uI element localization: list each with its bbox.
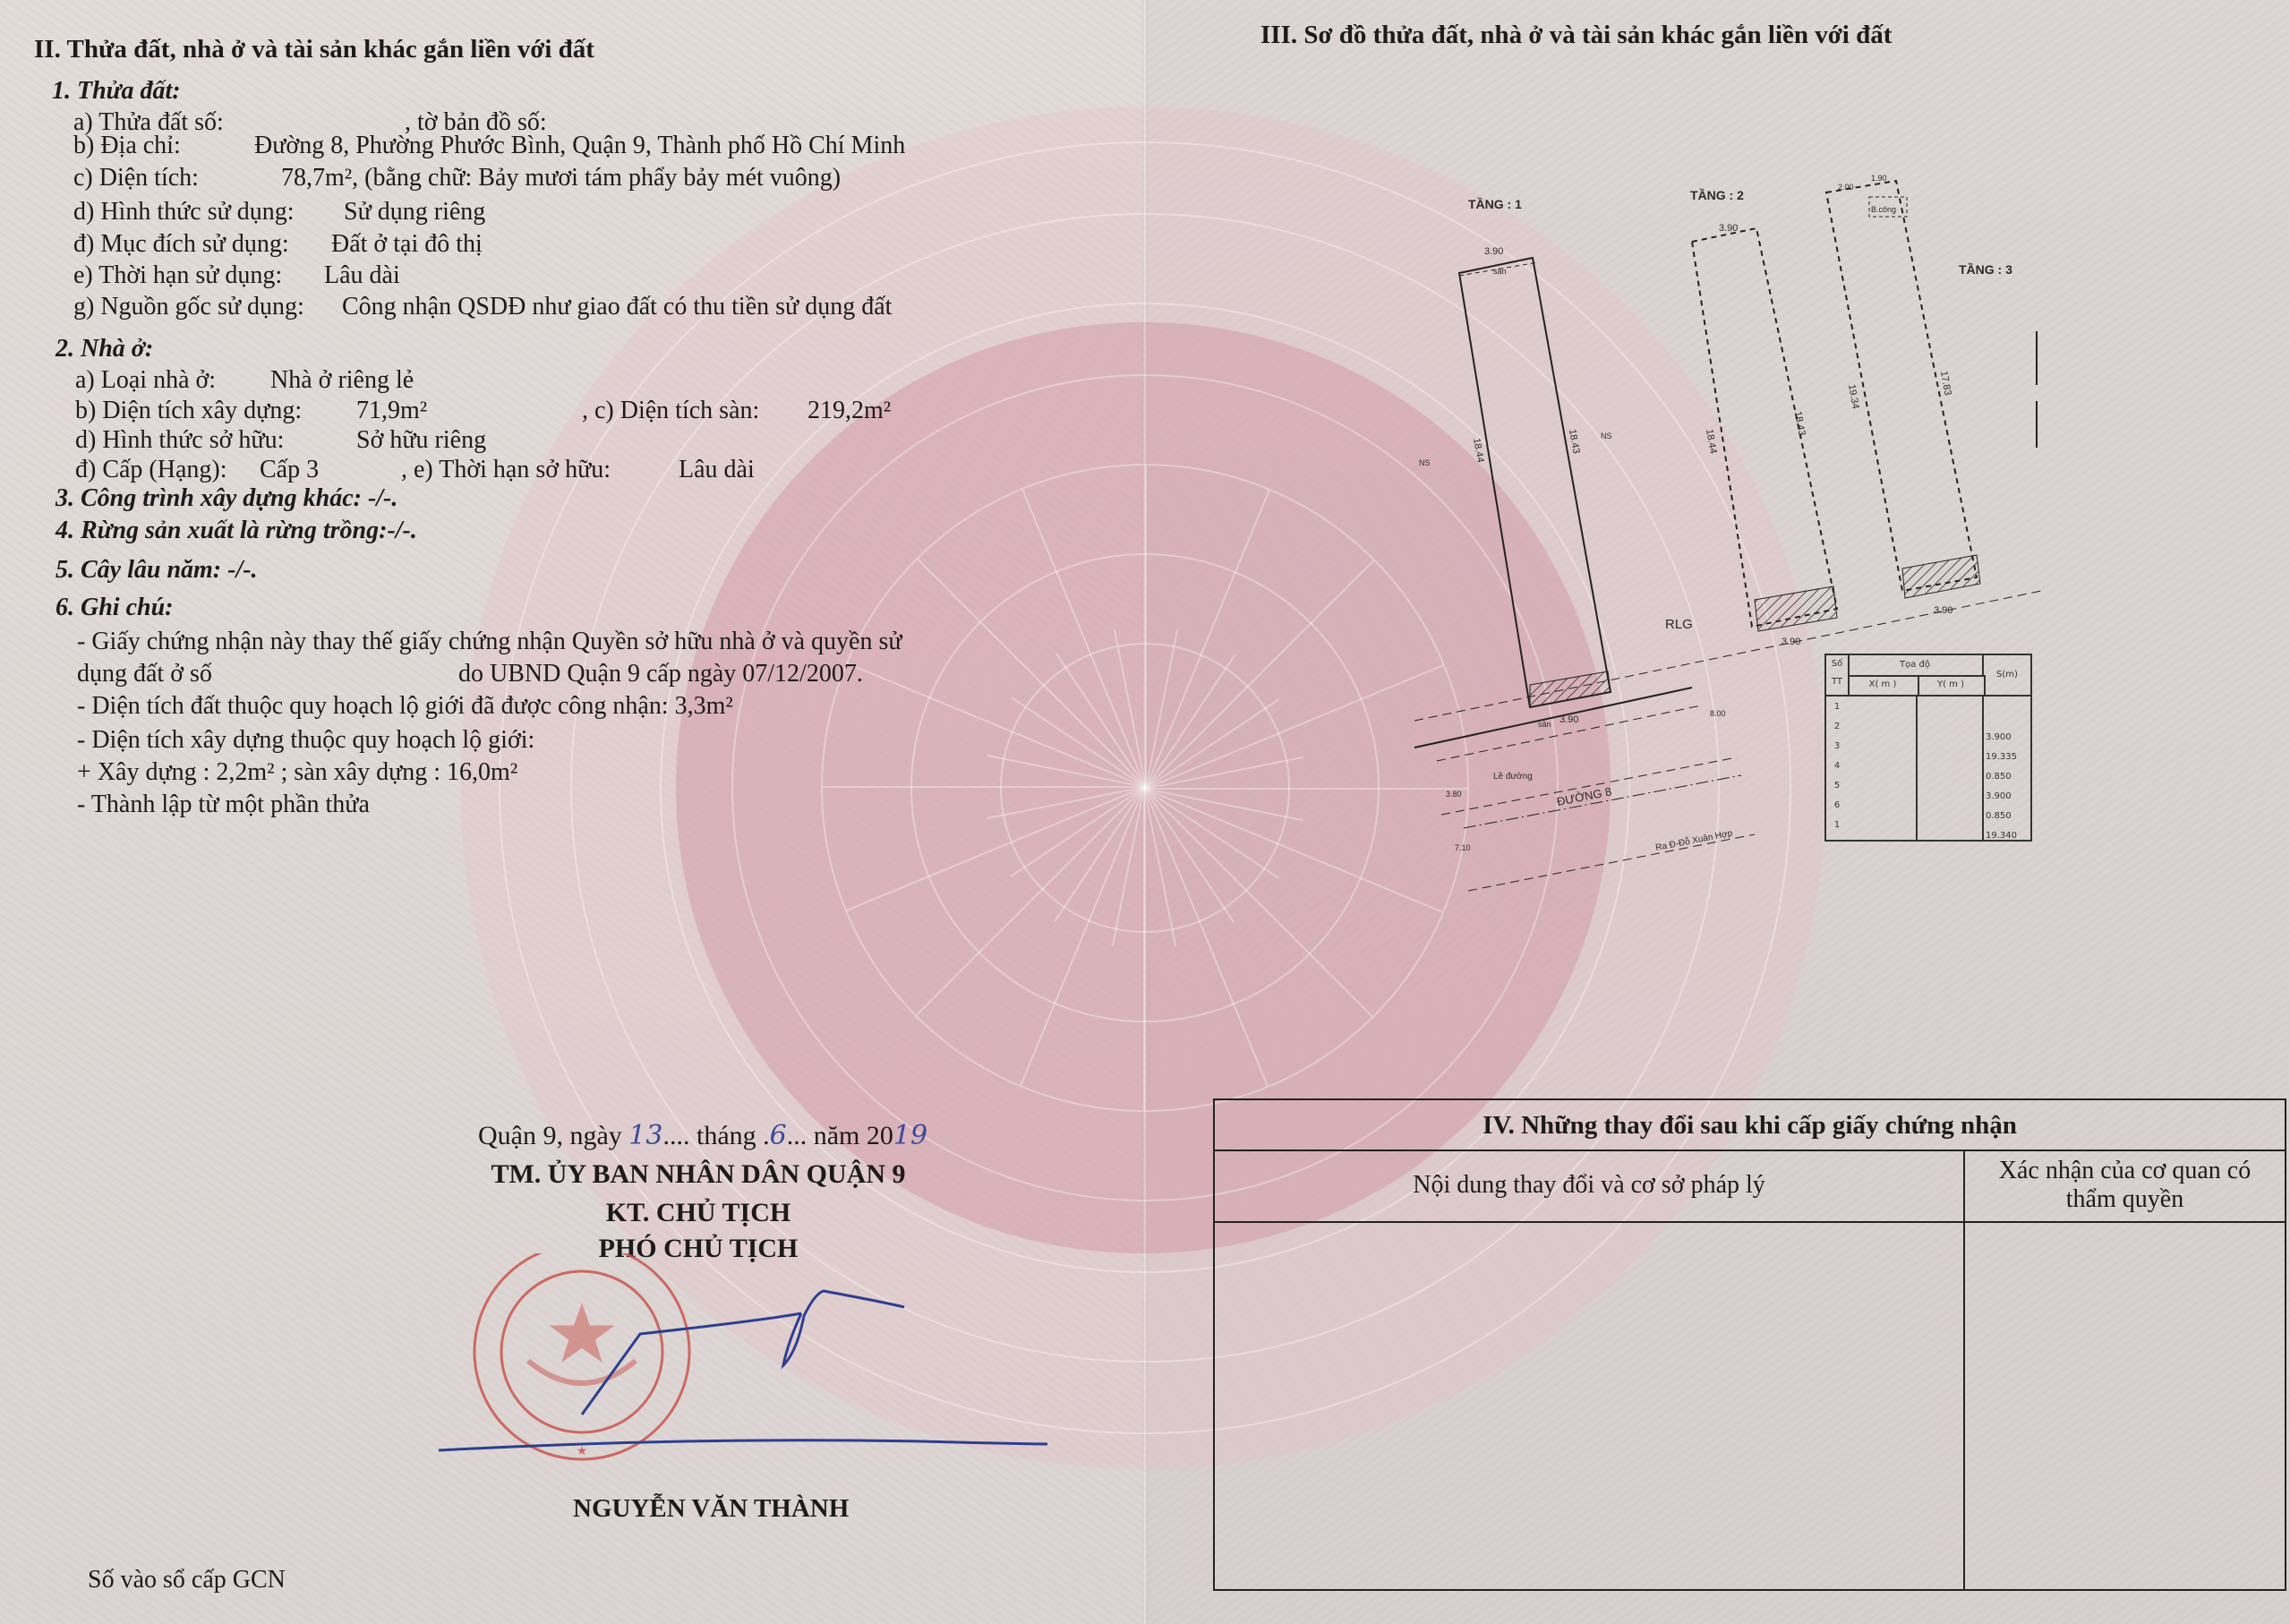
note-line-4: - Diện tích xây dựng thuộc quy hoạch lộ …: [77, 725, 534, 756]
coord-row-s: 0.850: [1986, 772, 2030, 782]
build-area-label: b) Diện tích xây dựng:: [75, 396, 302, 426]
official-stamp-icon: ★: [474, 1253, 689, 1459]
use-purpose-value: Đất ở tại đô thị: [331, 229, 483, 260]
notes-heading: 6. Ghi chú:: [56, 593, 173, 623]
stamp-and-signature: ★: [421, 1253, 1047, 1486]
svg-text:NS: NS: [1601, 432, 1612, 440]
house-heading: 2. Nhà ở:: [56, 334, 153, 364]
svg-text:18.43: 18.43: [1792, 410, 1807, 436]
use-term-value: Lâu dài: [324, 261, 400, 291]
date-day: 13: [628, 1120, 662, 1151]
address-value: Đường 8, Phường Phước Bình, Quận 9, Thàn…: [254, 131, 905, 161]
changes-col-authority: Xác nhận của cơ quan có thẩm quyền: [1965, 1150, 2285, 1221]
issuer-org: TM. ỦY BAN NHÂN DÂN QUẬN 9: [466, 1159, 931, 1190]
floor-area-value: 219,2m²: [807, 396, 891, 426]
coord-row-s: 19.340: [1986, 831, 2030, 841]
origin-value: Công nhận QSDĐ như giao đất có thu tiền …: [342, 292, 892, 322]
watermark-ray: [823, 786, 1145, 788]
svg-text:8.00: 8.00: [1710, 709, 1726, 718]
signer-name: NGUYỄN VĂN THÀNH: [573, 1493, 849, 1524]
origin-label: g) Nguồn gốc sử dụng:: [73, 292, 304, 322]
note-line-3: - Diện tích đất thuộc quy hoạch lộ giới …: [77, 691, 733, 722]
svg-text:Lề đường: Lề đường: [1493, 771, 1533, 782]
coord-row-no: 1: [1826, 702, 1848, 712]
svg-text:3.90: 3.90: [1484, 246, 1503, 257]
use-term-label: e) Thời hạn sử dụng:: [73, 261, 282, 291]
note-line-2a: dụng đất ở số: [77, 659, 212, 689]
floor-area-label: , c) Diện tích sàn:: [582, 396, 759, 426]
house-type-value: Nhà ở riêng lẻ: [270, 365, 414, 396]
coord-row-no: 3: [1826, 741, 1848, 751]
grade-label: đ) Cấp (Hạng):: [75, 455, 227, 485]
coordinate-table: Số TT Tọa độ X( m ) Y( m ) S(m) 123.9003…: [1824, 654, 2032, 842]
note-line-6: - Thành lập từ một phần thửa: [77, 790, 370, 820]
build-area-value: 71,9m²: [356, 396, 427, 426]
grade-value: Cấp 3: [260, 455, 319, 485]
svg-text:Ra Đ-Đỗ Xuân Hợp: Ra Đ-Đỗ Xuân Hợp: [1654, 826, 1733, 852]
svg-text:18.43: 18.43: [1567, 428, 1582, 454]
note-line-1: - Giấy chứng nhận này thay thế giấy chứn…: [77, 627, 902, 657]
svg-text:3.90: 3.90: [1719, 223, 1738, 234]
svg-text:B.công: B.công: [1871, 205, 1896, 214]
coord-row-s: 0.850: [1986, 811, 2030, 821]
ownership-form-label: d) Hình thức sở hữu:: [75, 425, 284, 456]
date-month: 6: [770, 1120, 787, 1151]
coord-row-no: 4: [1826, 761, 1848, 771]
floor2-label: TẦNG : 2: [1690, 188, 1744, 202]
svg-text:18.44: 18.44: [1471, 437, 1486, 463]
area-label: c) Diện tích:: [73, 163, 199, 193]
date-prefix: Quận 9, ngày: [478, 1121, 622, 1150]
other-works: 3. Công trình xây dựng khác: -/-.: [56, 483, 397, 514]
date-year: 19: [893, 1120, 927, 1151]
coord-row-no: 1: [1826, 820, 1848, 830]
changes-title: IV. Những thay đổi sau khi cấp giấy chứn…: [1215, 1100, 2285, 1150]
svg-text:RLG: RLG: [1665, 617, 1693, 632]
forest: 4. Rừng sản xuất là rừng trồng:-/-.: [56, 516, 417, 546]
coord-row-s: 19.335: [1986, 752, 2030, 762]
note-line-5: + Xây dựng : 2,2m² ; sàn xây dựng : 16,0…: [77, 757, 517, 788]
section-ii-title: II. Thửa đất, nhà ở và tài sản khác gắn …: [34, 34, 594, 64]
changes-content-cell[interactable]: [1215, 1223, 1963, 1589]
registry-label: Số vào sổ cấp GCN: [88, 1565, 286, 1595]
use-form-label: d) Hình thức sử dụng:: [73, 197, 295, 227]
col-y-header: Y( m ): [1918, 675, 1986, 697]
issue-date: Quận 9, ngày 13.... tháng .6... năm 2019: [478, 1121, 927, 1151]
floor1-label: TẦNG : 1: [1468, 197, 1522, 211]
ownership-term-label: , e) Thời hạn sở hữu:: [401, 455, 611, 485]
svg-text:17.83: 17.83: [1938, 370, 1953, 396]
col-coord-header: Tọa độ: [1848, 655, 1984, 677]
coord-row-s: 3.900: [1986, 791, 2030, 801]
svg-text:1.90: 1.90: [1871, 174, 1887, 183]
address-label: b) Địa chỉ:: [73, 131, 181, 161]
land-heading: 1. Thửa đất:: [52, 76, 181, 107]
changes-col-content: Nội dung thay đổi và cơ sở pháp lý: [1215, 1150, 1963, 1221]
svg-text:18.44: 18.44: [1704, 428, 1719, 454]
svg-text:3.90: 3.90: [1934, 605, 1952, 616]
col-no-header: Số TT: [1826, 655, 1850, 697]
page-fold: [1142, 0, 1148, 1624]
changes-table: IV. Những thay đổi sau khi cấp giấy chứn…: [1213, 1098, 2286, 1591]
svg-text:2.00: 2.00: [1838, 183, 1854, 192]
svg-text:sân: sân: [1493, 267, 1507, 276]
changes-header-row: Nội dung thay đổi và cơ sở pháp lý Xác n…: [1215, 1150, 2285, 1223]
changes-authority-cell[interactable]: [1965, 1223, 2285, 1589]
svg-text:3.80: 3.80: [1446, 790, 1462, 799]
svg-text:3.90: 3.90: [1782, 637, 1800, 647]
perennial: 5. Cây lâu năm: -/-.: [56, 555, 258, 585]
col-x-header: X( m ): [1848, 675, 1919, 697]
coord-row-no: 5: [1826, 781, 1848, 791]
coord-row-no: 2: [1826, 722, 1848, 731]
date-month-label: tháng: [696, 1121, 756, 1150]
area-value: 78,7m², (bằng chữ: Bảy mươi tám phẩy bảy…: [281, 163, 841, 193]
date-year-label: năm 20: [814, 1121, 893, 1150]
svg-text:ĐƯỜNG 8: ĐƯỜNG 8: [1556, 784, 1613, 808]
coord-row-no: 6: [1826, 800, 1848, 810]
use-form-value: Sử dụng riêng: [344, 197, 485, 227]
use-purpose-label: đ) Mục đích sử dụng:: [73, 229, 289, 260]
ownership-term-value: Lâu dài: [679, 455, 755, 485]
coord-row-s: 3.900: [1986, 732, 2030, 742]
signature-icon: [439, 1291, 1047, 1450]
issuer-role-1: KT. CHỦ TỊCH: [466, 1198, 931, 1228]
house-type-label: a) Loại nhà ở:: [75, 365, 216, 396]
svg-text:NS: NS: [1419, 458, 1431, 467]
ownership-form-value: Sở hữu riêng: [356, 425, 486, 456]
col-s-header: S(m): [1984, 655, 2030, 697]
note-line-2b: do UBND Quận 9 cấp ngày 07/12/2007.: [458, 659, 863, 689]
svg-text:7.10: 7.10: [1455, 843, 1471, 852]
changes-title-row: IV. Những thay đổi sau khi cấp giấy chứn…: [1215, 1100, 2285, 1151]
floor3-label: TẦNG : 3: [1959, 262, 2012, 277]
svg-text:19.34: 19.34: [1846, 383, 1861, 409]
section-iii-title: III. Sơ đồ thửa đất, nhà ở và tài sản kh…: [1260, 20, 1892, 50]
